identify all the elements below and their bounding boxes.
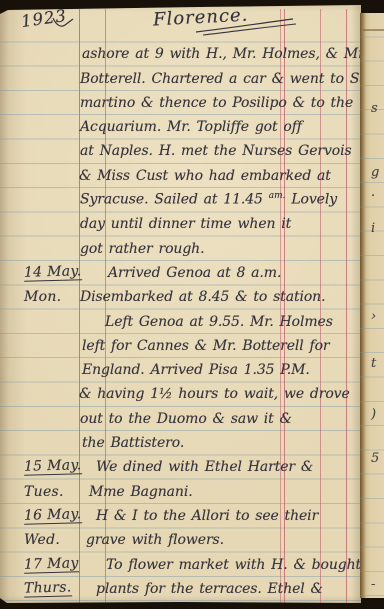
line-text: England. Arrived Pisa 1.35 P.M. [82,362,310,378]
line-text: the Battistero. [82,435,184,451]
margin-date: 15 May. [24,458,82,477]
journal-line: Wed.grave with flowers. [0,527,361,551]
line-text: day until dinner time when it [80,216,291,232]
edge-ink-mark: s [371,101,378,116]
photo-of-diary: { "journal": { "year": "1923", "title": … [0,0,384,609]
next-page-edge: sg.i›t)5- [360,13,384,598]
journal-line: 15 May.We dined with Ethel Harter & [0,454,361,478]
line-text: H & I to the Allori to see their [96,508,318,524]
line-text: To flower market with H. & bought [106,557,361,573]
journal-line: Tues.Mme Bagnani. [0,478,361,502]
journal-line: ashore at 9 with H., Mr. Holmes, & Mr. [0,41,361,65]
edge-ink-mark: g [371,165,379,180]
journal-line: Botterell. Chartered a car & went to San [0,65,361,89]
diary-page: 1923 Florence. ashore at 9 with H., Mr. … [0,0,361,609]
line-text: & having 1½ hours to wait, we drove [79,386,350,402]
journal-line: left for Cannes & Mr. Botterell for [0,333,361,357]
journal-line: 17 MayTo flower market with H. & bought [0,551,361,575]
superscript-am: am. [269,191,286,201]
line-text: got rather rough. [80,241,204,257]
line-text: Acquarium. Mr. Topliffe got off [80,119,302,135]
margin-date: Tues. [24,484,64,500]
line-text: Disembarked at 8.45 & to station. [80,289,325,305]
edge-ink-mark: t [371,356,376,371]
line-text: at Naples. H. met the Nurses Gervois [80,143,352,159]
journal-line: martino & thence to Posilipo & to the [0,90,361,114]
line-text: & Miss Cust who had embarked at [79,168,331,184]
journal-line: 16 May.H & I to the Allori to see their [0,503,361,527]
journal-line: & Miss Cust who had embarked at [0,162,361,186]
journal-lines: ashore at 9 with H., Mr. Holmes, & Mr.Bo… [0,41,361,600]
edge-ink-mark: 5 [371,451,379,466]
page-fold-line [363,29,384,31]
journal-line: at Naples. H. met the Nurses Gervois [0,138,361,162]
journal-line: Syracuse. Sailed at 11.45 am. Lovely [0,187,361,211]
line-text: plants for the terraces. Ethel & [96,581,323,597]
journal-line: 14 May.Arrived Genoa at 8 a.m. [0,260,361,284]
journal-line: the Battistero. [0,430,361,454]
line-text: left for Cannes & Mr. Botterell for [82,338,330,354]
edge-ink-mark: - [371,577,375,592]
journal-line: & having 1½ hours to wait, we drove [0,381,361,405]
journal-line: got rather rough. [0,235,361,259]
line-text: ashore at 9 with H., Mr. Holmes, & Mr. [82,46,368,62]
journal-line: day until dinner time when it [0,211,361,235]
line-text: martino & thence to Posilipo & to the [80,95,353,111]
margin-date: Thurs. [24,579,72,597]
line-text: Syracuse. Sailed at 11.45 am. Lovely [80,191,337,208]
journal-line: England. Arrived Pisa 1.35 P.M. [0,357,361,381]
journal-line: Acquarium. Mr. Topliffe got off [0,114,361,138]
journal-line: out to the Duomo & saw it & [0,405,361,429]
line-text: out to the Duomo & saw it & [80,411,292,427]
margin-date: 16 May. [24,506,82,525]
line-text: Arrived Genoa at 8 a.m. [108,265,281,281]
journal-line: Thurs.plants for the terraces. Ethel & [0,576,361,600]
line-text: Left Genoa at 9.55. Mr. Holmes [105,314,333,330]
line-text: We dined with Ethel Harter & [96,459,313,475]
edge-ink-mark: ) [371,407,376,422]
margin-date: 17 May [24,555,79,573]
margin-date: Mon. [24,289,61,305]
line-text: Mme Bagnani. [89,484,193,500]
journal-line: Mon.Disembarked at 8.45 & to station. [0,284,361,308]
line-text: Botterell. Chartered a car & went to San [80,71,377,87]
margin-date: Wed. [24,532,60,548]
line-text: grave with flowers. [86,532,224,548]
edge-ink-mark: › [371,309,376,324]
margin-date: 14 May. [24,263,82,282]
journal-line: Left Genoa at 9.55. Mr. Holmes [0,308,361,332]
edge-ink-mark: . [371,185,375,200]
edge-ink-mark: i [371,221,375,236]
